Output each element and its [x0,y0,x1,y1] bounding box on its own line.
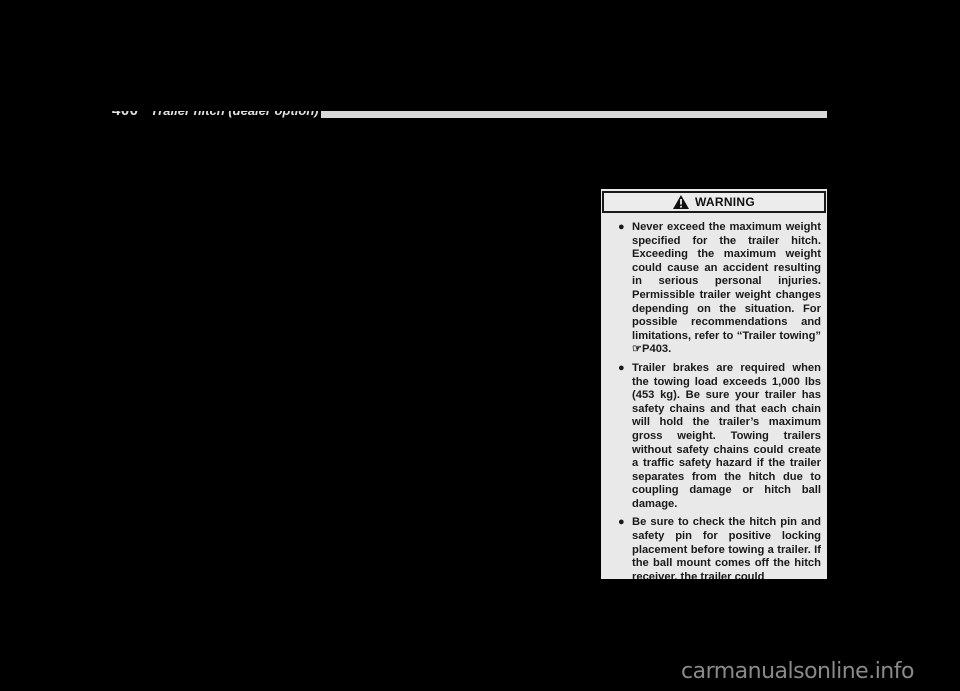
page-number: 400 [112,111,139,118]
header-rule [321,111,827,118]
warning-label: WARNING [695,195,755,209]
warning-item: ● Never exceed the maximum weight specif… [601,221,821,357]
section-title: Trailer hitch (dealer option) [151,111,319,118]
page-header: 400 Trailer hitch (dealer option) [112,111,827,118]
warning-item: ● Be sure to check the hitch pin and saf… [601,516,821,579]
bullet-icon: ● [618,221,625,235]
warning-item: ● Trailer brakes are required when the t… [601,362,821,512]
warning-item-text: Be sure to check the hitch pin and safet… [632,516,821,579]
warning-list: ● Never exceed the maximum weight specif… [601,213,827,579]
warning-item-text: Never exceed the maximum weight specifie… [632,221,821,355]
warning-box: WARNING ● Never exceed the maximum weigh… [601,189,827,579]
watermark: carmanualsonline.info [681,659,914,684]
warning-header: WARNING [602,191,826,213]
warning-item-text: Trailer brakes are required when the tow… [632,362,821,510]
warning-triangle-icon [673,195,689,209]
bullet-icon: ● [618,362,625,376]
bullet-icon: ● [618,516,625,530]
